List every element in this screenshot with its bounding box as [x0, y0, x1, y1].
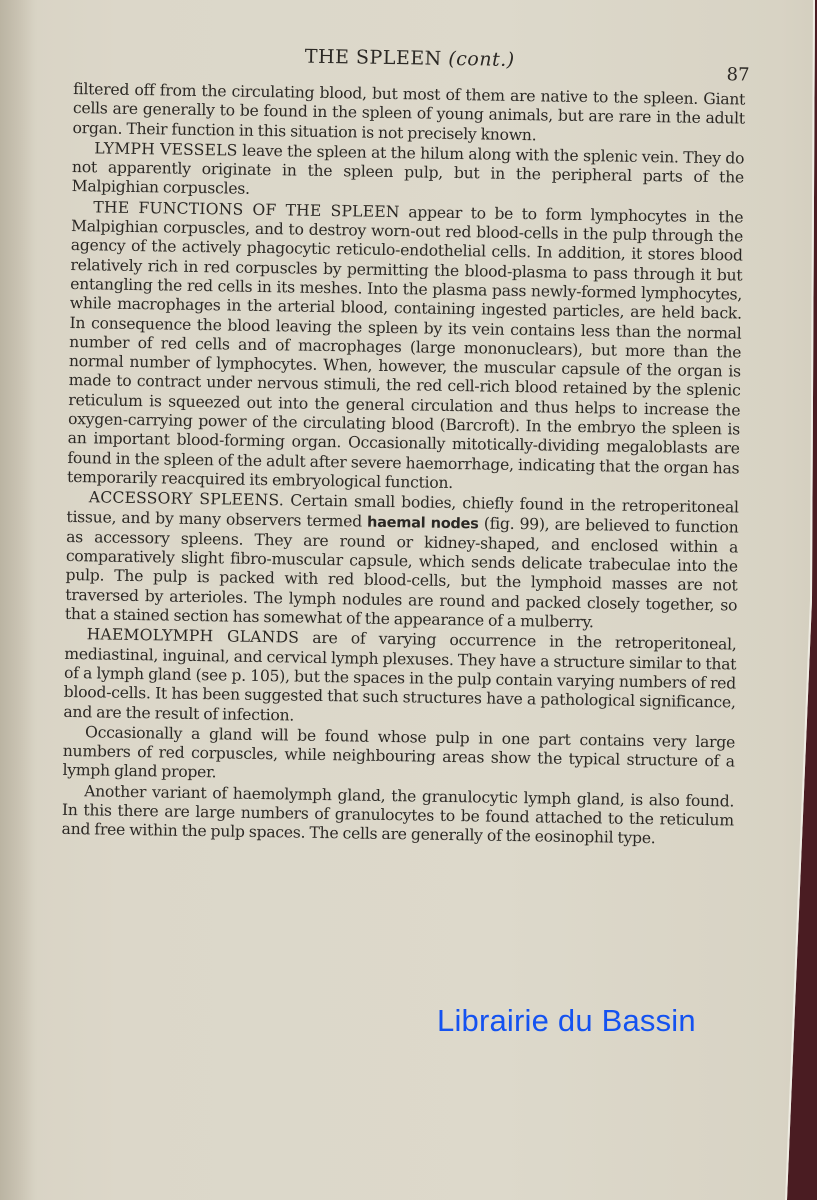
running-title: THE SPLEEN (cont.) [74, 42, 746, 75]
paragraph-text: Another variant of haemolymph gland, the… [61, 782, 734, 848]
paragraph-functions: THE FUNCTIONS OF THE SPLEEN appear to be… [67, 198, 743, 498]
body-text: filtered off from the circulating blood,… [61, 80, 745, 850]
paragraph-granulocytic: Another variant of haemolymph gland, the… [61, 782, 734, 850]
section-lead: ACCESSORY SPLEENS. [89, 489, 284, 510]
section-lead: HAEMOLYMPH GLANDS [87, 626, 300, 647]
gutter-shadow [0, 0, 38, 1200]
book-binding [757, 0, 817, 1200]
paragraph-text: (fig. 99), are believed to function as a… [65, 514, 739, 631]
printed-page: THE SPLEEN (cont.) 87 filtered off from … [61, 40, 745, 851]
page-number: 87 [726, 64, 749, 85]
paragraph-text: Occasionally a gland will be found whose… [62, 723, 735, 782]
paragraph-text: appear to be to form lymphocytes in the … [67, 203, 743, 492]
running-title-suffix: (cont.) [448, 48, 515, 71]
paragraph-accessory-spleens: ACCESSORY SPLEENS. Certain small bodies,… [65, 488, 739, 635]
book-page-photo: THE SPLEEN (cont.) 87 filtered off from … [0, 0, 817, 1200]
paragraph-lymph-vessels: LYMPH VESSELS leave the spleen at the hi… [72, 139, 745, 207]
paragraph-text: filtered off from the circulating blood,… [72, 80, 745, 144]
section-lead: LYMPH VESSELS [94, 139, 238, 159]
paragraph-occasionally: Occasionally a gland will be found whose… [62, 723, 735, 791]
paragraph-haemolymph-glands: HAEMOLYMPH GLANDS are of varying occurre… [63, 625, 736, 732]
bold-term: haemal nodes [367, 514, 479, 532]
watermark-text: Librairie du Bassin [437, 1003, 696, 1039]
paragraph-continued: filtered off from the circulating blood,… [72, 80, 745, 148]
running-title-text: THE SPLEEN [305, 46, 442, 70]
